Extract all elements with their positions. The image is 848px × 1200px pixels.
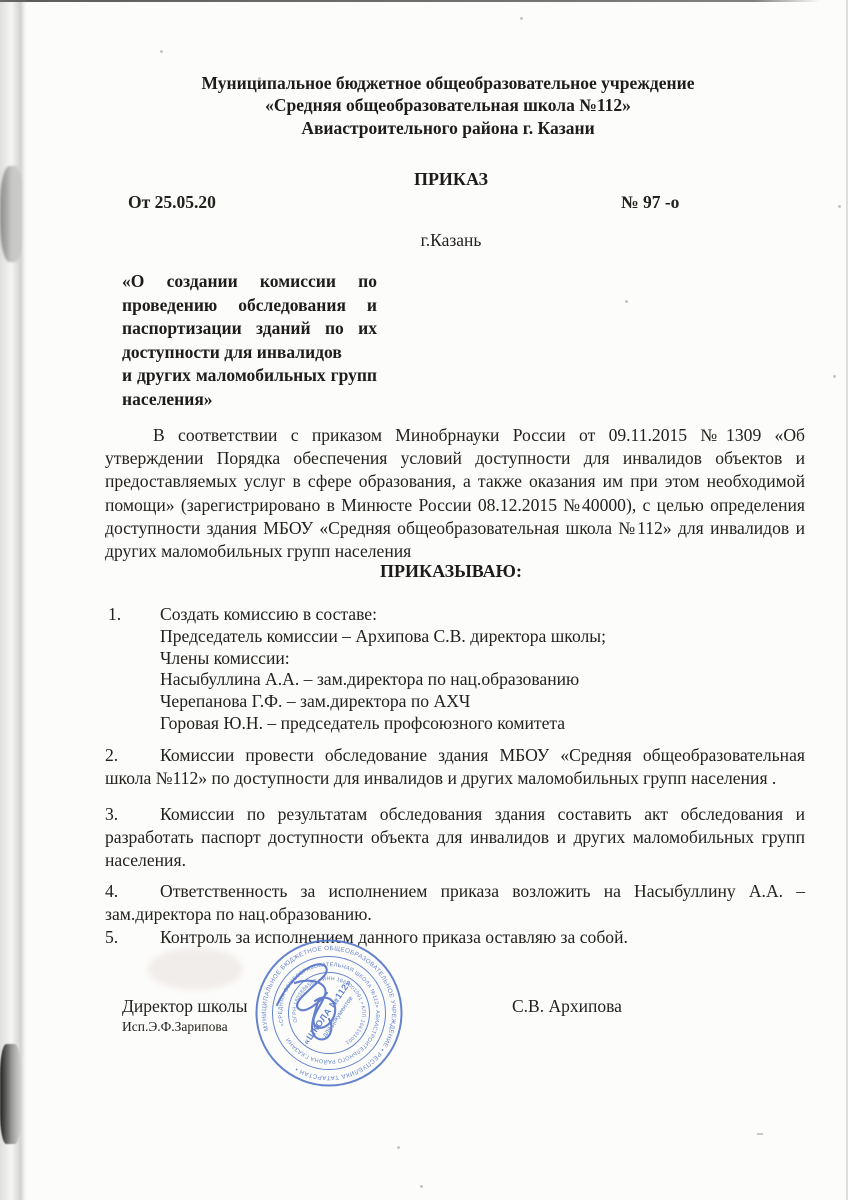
item-number: 4. [105,880,160,903]
item-line: Горовая Ю.Н. – председатель профсоюзного… [160,713,805,735]
scan-speck [397,1146,400,1149]
org-name-line3: Авиастроительного района г. Казани [48,117,848,139]
item-line: Председатель комиссии – Архипова С.В. ди… [160,626,805,648]
scan-speck [520,17,523,20]
item-text: Ответственность за исполнением приказа в… [105,881,805,924]
scan-speck [160,50,163,53]
preamble-paragraph: В соответствии с приказом Минобрнауки Ро… [105,424,805,563]
doc-number: № 97 -о [621,192,679,213]
item-number: 5. [105,926,160,949]
order-item-2: 2.Комиссии провести обследование здания … [105,744,805,790]
signatory-name: С.В. Архипова [512,996,622,1017]
doc-type-title: ПРИКАЗ [48,169,848,190]
scan-smudge [0,1044,21,1144]
scan-edge-top [0,0,820,2]
scan-smudge [148,948,243,990]
item-number: 3. [105,803,160,826]
org-header: Муниципальное бюджетное общеобразователь… [48,72,848,139]
item-number: 1. [108,604,121,626]
subject-line: паспортизации зданий по их [122,317,377,341]
document-page: Муниципальное бюджетное общеобразователь… [0,0,848,1200]
signature-title: Директор школы [122,996,247,1017]
subject-line: доступности для инвалидов [122,341,377,365]
item-text: Комиссии провести обследование здания МБ… [105,745,805,788]
order-item-3: 3.Комиссии по результатам обследования з… [105,803,805,873]
item-line: Черепанова Г.Ф. – зам.директора по АХЧ [160,691,805,713]
doc-subject: «О создании комиссии по проведению обсле… [122,270,377,411]
scan-speck [757,1133,763,1135]
scan-speck [420,1185,423,1188]
subject-line: проведению обследования и [122,294,377,318]
scan-speck [625,300,628,303]
order-item-4: 4.Ответственность за исполнением приказа… [105,880,805,926]
item-text: Комиссии по результатам обследования зда… [105,804,805,870]
item-line: Члены комиссии: [160,648,805,670]
order-item-5: 5.Контроль за исполнением данного приказ… [105,926,805,949]
school-stamp: МУНИЦИПАЛЬНОЕ БЮДЖЕТНОЕ ОБЩЕОБРАЗОВАТЕЛЬ… [249,933,409,1093]
scan-smudge [0,166,24,262]
item-line: Насыбуллина А.А. – зам.директора по нац.… [160,669,805,691]
org-name-line2: «Средняя общеобразовательная школа №112» [48,94,848,116]
org-name-line1: Муниципальное бюджетное общеобразователь… [48,72,848,94]
order-heading: ПРИКАЗЫВАЮ: [48,561,848,582]
scan-speck [833,375,836,378]
doc-city: г.Казань [48,230,848,251]
subject-line: населения» [122,388,377,412]
item-number: 2. [105,744,160,767]
doc-date: От 25.05.20 [128,192,216,213]
subject-line: и других маломобильных групп [122,364,377,388]
item-line: Создать комиссию в составе: [160,604,805,626]
scan-speck [838,205,841,208]
executor-note: Исп.Э.Ф.Зарипова [122,1019,228,1035]
order-item-1: 1. Создать комиссию в составе: Председат… [105,604,805,735]
subject-line: «О создании комиссии по [122,270,377,294]
